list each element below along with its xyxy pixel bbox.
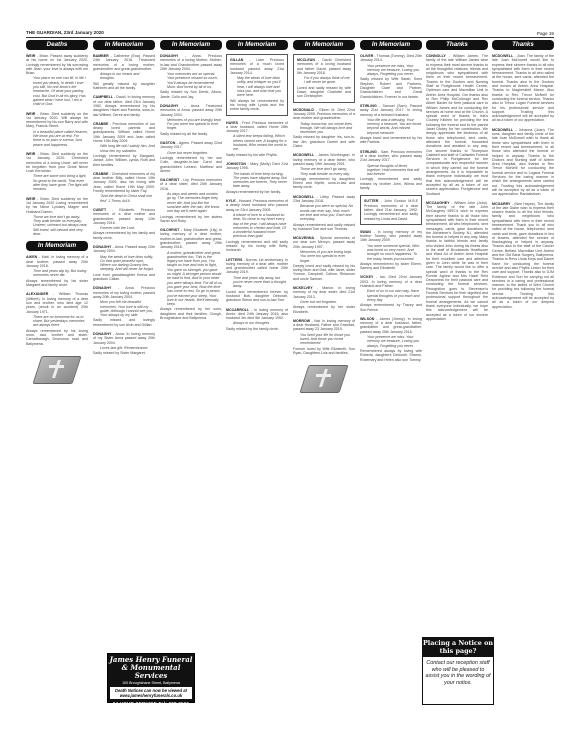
- notice-signoff: Forever loved by Wife Elizabeth, Son Rya…: [293, 347, 355, 356]
- notice-verse: With long life will I satisfy him, And s…: [93, 144, 155, 153]
- notice-entry: MCCAUGHEY - William John (John). The fam…: [426, 201, 488, 321]
- notice-signoff: Lovingly remembered by daughters Eileen …: [293, 177, 355, 190]
- notice-entry: KYLE - Howard. Precious memories of a de…: [226, 199, 288, 253]
- notice-entry: MCILVENNA - Special memories of our dear…: [293, 236, 355, 281]
- notice-signoff: Sadly missed by the family circle.: [226, 327, 288, 331]
- notice-entry: WEIR - Brian. Died suddenly on the 1st J…: [26, 197, 88, 237]
- notice-signoff: Sadly missed by his wife Phyllis.: [226, 153, 288, 157]
- notice-entry: MORROW - Nat. In loving memory of a dear…: [293, 319, 355, 355]
- notice-entry: GILCHRIST - Mary Elizabeth (Lily) In lov…: [160, 228, 222, 320]
- notice-verse: Today, tomorrow, our whole lives through…: [293, 122, 355, 135]
- notice-signoff: Always remembered by his sister Margaret…: [26, 279, 88, 288]
- notice-verse: Always in our hearts and thoughts.: [93, 72, 155, 81]
- notice-entry: MCCARROLL - In loving memory of Annie, d…: [226, 308, 288, 331]
- notice-entry: DONAGHY - Anna. Precious memories of a l…: [160, 54, 222, 99]
- notice-signoff: Loved and remembered forever by husband …: [226, 290, 288, 303]
- bible-cross-icon: [298, 363, 350, 397]
- notice-signoff: Love from granddaughter Keeva and grands…: [93, 273, 155, 282]
- notice-entry: CRABBE - Cherished memories of my dear b…: [93, 172, 155, 203]
- column-7: ThanksCONNOLLY - William James. The fami…: [426, 40, 488, 326]
- notice-entry: OLIVER - Thomas (Tommy). Died 20th Janua…: [360, 54, 422, 99]
- section-heading: In Memoriam: [360, 40, 422, 50]
- notice-entry: HAYES - Fred. Precious memories of a dea…: [226, 121, 288, 157]
- notice-entry: DONAGHY - Anna. In loving memory of my S…: [93, 332, 155, 355]
- notice-entry: MCCLEAN - David Cherished memories of a …: [293, 54, 355, 103]
- notice-verse: Memories of you are loving kept. You wer…: [293, 250, 355, 263]
- notice-entry: GASTON - Agnes. Passed away 22nd January…: [160, 141, 222, 173]
- notice-verse: In a beautiful place called Heaven, We k…: [26, 130, 88, 147]
- section-heading: Deaths: [26, 40, 88, 50]
- notice-signoff: Sadly missed by Son Derek, Alison, Jamie…: [160, 90, 222, 99]
- section-heading: In Memoriam: [293, 40, 355, 50]
- notice-entry: MCDOWELL - Libby. Passed away 23rd Janua…: [293, 195, 355, 231]
- notice-entry: ALEXANDER - William Thomas (Wilbert). In…: [26, 292, 88, 346]
- section-heading: In Memoriam: [93, 40, 155, 50]
- notice-entry: MCDOWELL - James Worthington. In loving …: [293, 153, 355, 189]
- notice-text: - Brian. Passed away suddenly at his hom…: [26, 54, 88, 75]
- notice-entry: AIKEN - Matt. In loving memory of a dear…: [26, 255, 88, 287]
- notice-entry: SWAN - In loving memory of my brother To…: [360, 230, 422, 271]
- notice-verse: Your life was a blessing, Your memory a …: [360, 118, 422, 135]
- notice-entry: DONAGHY - Anna. Passed away 20th January…: [93, 245, 155, 281]
- notice-verse: Forever with the Lord.: [93, 226, 155, 230]
- ad-notice-box: Death Notices can now be viewed at www.j…: [110, 687, 192, 699]
- notice-verse: Those we love don't go away, They walk b…: [293, 167, 355, 176]
- notice-text: - Brian. Died suddenly on the 1st Januar…: [26, 152, 88, 173]
- notice-verse: A tribute of love to a husband so dear, …: [226, 213, 288, 239]
- notice-signoff: Always remembered by her sons, daughters…: [160, 307, 222, 320]
- page-number: Page 19: [537, 31, 554, 36]
- header-rule: [26, 37, 554, 38]
- notice-entry: DONAGHY - Anna. Treasured memories of An…: [160, 104, 222, 136]
- notice-entry: CUBITT - Elizabeth. Precious memories of…: [93, 208, 155, 240]
- notice-signoff: Will always be remembered by his loving …: [230, 99, 284, 112]
- notice-verse: Loves last gift. Remembrance.: [93, 346, 155, 350]
- notice-verse: Gone but never forgotten.: [160, 151, 222, 155]
- section-heading: Thanks: [492, 40, 554, 50]
- column-8: ThanksMCDOWELL - Joan. The family of the…: [492, 40, 554, 314]
- notice-verse: "And the dead in Christ shall rise first…: [93, 194, 155, 203]
- notice-text: - (Nee Hayes). The family of the late Di…: [492, 202, 554, 309]
- notice-verse: Each of us in our own way, Have special …: [360, 289, 422, 302]
- notice-entry: MCDOWELL - Johanna (Joan). The sons, dau…: [492, 128, 554, 197]
- notice-signoff: Sadly missed by Wife Sarah, Sons Stephen…: [360, 77, 422, 98]
- notice-signoff: Always remembered by her family and fami…: [93, 231, 155, 240]
- notice-text: - Brian. Died suddenly on the 1st Januar…: [26, 112, 88, 129]
- notice-entry: SUTTER - John Gordon M.B.E Precious memo…: [360, 195, 422, 224]
- notice-entry: MCGARRY - (Nee Hayes). The family of the…: [492, 202, 554, 309]
- notice-verse: Memories of you are lovingly kept, For y…: [160, 118, 222, 131]
- notice-entry: STIRLING - Sam. Precious memories of a d…: [360, 150, 422, 191]
- notice-signoff: Lovingly remembered and sadly missed by …: [360, 177, 422, 190]
- notice-entry: VICKEY - Ian. Died 22nd January 2003. In…: [360, 275, 422, 311]
- notice-verse: Always in our thoughts.: [226, 321, 288, 325]
- notice-text: - Joan. The family of the late Joan McDo…: [492, 54, 554, 122]
- notice-signoff: Always remembered by her sister Elizabet…: [293, 305, 355, 314]
- notice-verse: A silent tear keeps falling, Which other…: [226, 134, 288, 151]
- placing-notice-box: Placing a Notice on this page? Contact o…: [422, 637, 494, 705]
- notice-signoff: Always remembered by her family.: [226, 190, 288, 194]
- funeral-advert: James Henry Funeral & Monumental Service…: [107, 653, 195, 703]
- bible-cross-icon: [31, 354, 83, 388]
- notice-entry: MCKELVEY - Marion. In loving memory of m…: [293, 286, 355, 314]
- notice-signoff: Lovingly remembered by her sisters Sarah…: [160, 215, 222, 224]
- notice-signoff: Always remembered by sister Eileen, Samm…: [360, 262, 422, 271]
- notice-verse: A mother, grandmother and great-grandmot…: [160, 251, 222, 307]
- notice-entry: STIRLING - Samuel (Sam). Passed away 21s…: [360, 104, 422, 145]
- notice-verse: Those we love don't go away, They walk b…: [26, 215, 88, 236]
- notice-verse: Mum you left me beautiful memories, Your…: [93, 300, 155, 317]
- ad-address: 100 Broughshane Street, Ballymena: [108, 681, 194, 685]
- column-6: In MemoriamOLIVER - Thomas (Tommy). Died…: [360, 40, 422, 367]
- notice-verse: Your place no one can fill, In life I lo…: [26, 76, 88, 106]
- section-heading: In Memoriam: [26, 241, 88, 251]
- section-heading: In Memoriam: [160, 40, 222, 50]
- notice-signoff: Sadly missed by all the family.: [160, 132, 222, 136]
- notice-verse: You were someone special, Who was loved …: [360, 244, 422, 261]
- notice-columns: DeathsWEIR - Brian. Passed away suddenly…: [26, 40, 554, 737]
- notice-entry: BAMBER - Catherine (Ena). Passed 24th Ja…: [93, 54, 155, 90]
- section-heading: In Memoriam: [226, 40, 288, 50]
- notice-entry: WEIR - Brian. Died suddenly on the 1st J…: [26, 112, 88, 147]
- column-2: In MemoriamBAMBER - Catherine (Ena). Pas…: [93, 40, 155, 361]
- column-5: In MemoriamMCCLEAN - David Cherished mem…: [293, 40, 355, 405]
- notice-verse: Time and years slip by, But loving memor…: [26, 269, 88, 278]
- ad-service-line: 24 HOUR SERVICE Tel: 028 2565 2456: [108, 701, 194, 711]
- notice-entry: WEIR - Brian. Passed away suddenly at hi…: [26, 54, 88, 107]
- notice-entry: CAMPBELL - David. In loving memory of ou…: [93, 95, 155, 116]
- notice-verse: There are some who bring a light, So gre…: [26, 174, 88, 191]
- notice-signoff: Still greatly missed by daughter Kathlee…: [93, 82, 155, 91]
- notice-verse: Time and years slip away, but you're nev…: [226, 276, 288, 289]
- notice-entry: GILCHRIST - Lily. Precious memories of a…: [160, 178, 222, 223]
- notice-verse: Because you were so special, No words ca…: [293, 204, 355, 221]
- notice-entry: GILLAN - Liam Precious memories of a muc…: [226, 54, 288, 116]
- placing-notice-title: Placing a Notice on this page?: [423, 638, 493, 657]
- notice-entry: MCDOWELL - Joan. The family of the late …: [492, 54, 554, 123]
- notice-signoff: Sadly missed and lovingly remembered by …: [93, 318, 155, 327]
- ad-title: James Henry Funeral & Monumental Service…: [108, 656, 194, 680]
- notice-signoff: Always loved and remembered by his wife …: [360, 136, 422, 145]
- notice-verse: May the winds of love blow softly, On th…: [93, 255, 155, 272]
- notice-entry: WILSON - James (Jimmy). In loving memory…: [360, 317, 422, 362]
- notice-entry: JOHNSTON - Mary (Molly) Died 21st Januar…: [226, 162, 288, 194]
- notice-signoff: Always remembered by his loving mum, dad…: [26, 329, 88, 346]
- notice-verse: The hands of time keep turning, The year…: [226, 172, 288, 189]
- notice-verse: Special thoughts of times together, Hold…: [360, 164, 422, 177]
- notice-text: - Johanna (Joan). The sons, daughter and…: [492, 128, 554, 196]
- placing-notice-body: Contact our reception staff who will be …: [423, 657, 493, 689]
- notice-verse: Your presence we miss, Your memory we tr…: [360, 335, 422, 348]
- notice-signoff: Lovingly remembered by her son Colin, da…: [160, 156, 222, 173]
- notice-text: - William James. The family of the late …: [426, 54, 488, 196]
- notice-text: - William John (John). The family of the…: [426, 201, 488, 321]
- notice-signoff: Remembered always by loving wife Roberta…: [360, 349, 422, 362]
- notice-text: - Brian. Died suddenly on the 1st Januar…: [26, 197, 88, 214]
- column-3: In MemoriamDONAGHY - Anna. Precious memo…: [160, 40, 222, 325]
- notice-entry: CONNOLLY - William James. The family of …: [426, 54, 488, 196]
- notice-signoff: Loved and sadly missed by wife Dawn, dau…: [297, 86, 351, 99]
- notice-verse: May the winds of love blow softly, and w…: [230, 76, 284, 97]
- masthead: THE GUARDIAN, 23rd January 2020: [26, 30, 492, 35]
- notice-entry: DONAGHY - Anna. Precious memories of my …: [93, 286, 155, 327]
- column-4: In MemoriamGILLAN - Liam Precious memori…: [226, 40, 288, 336]
- notice-signoff: Deeply loved and sadly missed by his lov…: [293, 264, 355, 281]
- notice-entry: WEIR - Brian. Died suddenly on the 1st J…: [26, 152, 88, 192]
- column-1: DeathsWEIR - Brian. Passed away suddenly…: [26, 40, 88, 396]
- notice-verse: You lived your life for those you loved,…: [293, 333, 355, 346]
- ad-website-link[interactable]: www.jameshenryfunerals.co.uk: [111, 693, 191, 698]
- notice-signoff: Lovingly remembered and still sadly miss…: [226, 240, 288, 253]
- notice-entry: CRABBE - Precious memories of our dearly…: [93, 122, 155, 167]
- notice-verse: As days and weeks and months go by, The …: [160, 192, 222, 213]
- notice-verse: Your memories are so special. Your prese…: [160, 72, 222, 89]
- notice-entry: LETTERS - Norma, 1st anniversary. In lov…: [226, 258, 288, 303]
- notice-signoff: Sadly missed by Sister Margaret.: [93, 351, 155, 355]
- notice-verse: Your presence we miss, Your memory we tr…: [360, 64, 422, 77]
- section-heading: Thanks: [426, 40, 488, 50]
- notice-signoff: Always remembered and sadly missed by hu…: [293, 223, 355, 232]
- notice-verse: Gone but not forgotten.: [293, 300, 355, 304]
- notice-verse: There are no tomorrow for us to share, B…: [26, 315, 88, 328]
- notice-verse: For if you always think of me, I will ne…: [297, 76, 351, 85]
- notice-signoff: Lovingly remembered by Margaret, Janice,…: [93, 154, 155, 167]
- notice-signoff: Sadly missed by daughter Iris, son-in-la…: [293, 135, 355, 148]
- notice-signoff: Always remembered by Tracey and Son Reec…: [360, 303, 422, 312]
- notice-text: - Howard. Precious memories of a dearly …: [226, 199, 288, 212]
- notice-entry: MCDONALD - Eileen M. Died 22nd January 2…: [293, 108, 355, 149]
